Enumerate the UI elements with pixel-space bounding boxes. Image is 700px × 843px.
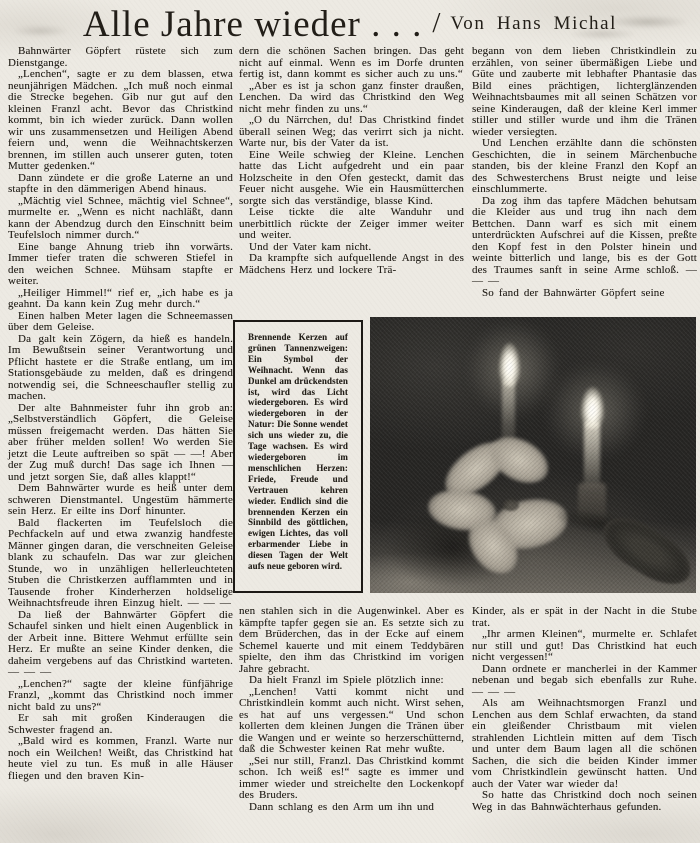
paragraph: Dann schlang es den Arm um ihn und	[239, 802, 464, 814]
paragraph: Bahnwärter Göpfert rüstete sich zum Dien…	[8, 46, 233, 69]
paragraph: Eine Weile schwieg der Kleine. Lenchen h…	[239, 150, 464, 208]
paragraph: begann von dem lieben Christkindlein zu …	[472, 46, 697, 138]
paragraph: „Ihr armen Kleinen“, murmelte er. Schlaf…	[472, 629, 697, 664]
text-column-2-below-figure: nen stahlen sich in die Augenwinkel. Abe…	[239, 606, 464, 813]
paragraph: nen stahlen sich in die Augenwinkel. Abe…	[239, 606, 464, 675]
photo-caption-box: Brennende Kerzen auf grünen Tannenzweige…	[233, 320, 363, 593]
paragraph: So hatte das Christkind doch noch seinen…	[472, 790, 697, 813]
text-column-1: Bahnwärter Göpfert rüstete sich zum Dien…	[8, 46, 233, 843]
paragraph: Und Lenchen erzählte dann die schönsten …	[472, 138, 697, 196]
paragraph: Kinder, als er spät in der Nacht in die …	[472, 606, 697, 629]
paragraph: Als am Weihnachtsmorgen Franzl und Lench…	[472, 698, 697, 790]
text-column-3-above-figure: begann von dem lieben Christkindlein zu …	[472, 46, 697, 299]
paragraph: Der alte Bahnmeister fuhr ihn grob an: „…	[8, 403, 233, 484]
paragraph: Dann ordnete er mancherlei in der Kammer…	[472, 664, 697, 699]
paragraph: „Lenchen“, sagte er zu dem blassen, etwa…	[8, 69, 233, 173]
paragraph: „Aber es ist ja schon ganz finster drauß…	[239, 81, 464, 116]
paragraph: „Sei nur still, Franzl. Das Christkind k…	[239, 756, 464, 802]
paragraph: Bald flackerten im Teufelsloch die Pechf…	[8, 518, 233, 610]
paragraph: Eine bange Ahnung trieb ihn vorwärts. Im…	[8, 242, 233, 288]
paragraph: „Mächtig viel Schnee, mächtig viel Schne…	[8, 196, 233, 242]
paragraph: Einen halben Meter lagen die Schneemasse…	[8, 311, 233, 334]
photo-grain-overlay	[370, 317, 696, 593]
article-title: Alle Jahre wieder . . .	[83, 3, 422, 46]
paragraph: Leise tickte die alte Wanduhr und unerbi…	[239, 207, 464, 242]
title-separator: /	[432, 7, 440, 40]
article-headline: Alle Jahre wieder . . . / Von Hans Micha…	[0, 2, 700, 46]
paragraph: Da zog ihm das tapfere Mädchen behutsam …	[472, 196, 697, 288]
paragraph: „Bald wird es kommen, Franzl. Warte nur …	[8, 736, 233, 782]
paragraph: „Lenchen?“ sagte der kleine fünfjährige …	[8, 679, 233, 714]
article-byline: Von Hans Michal	[450, 13, 617, 35]
paragraph: Da galt kein Zögern, da hieß es handeln.…	[8, 334, 233, 403]
paragraph: So fand der Bahnwärter Göpfert seine	[472, 288, 697, 300]
paragraph: Dann zündete er die große Laterne an und…	[8, 173, 233, 196]
paragraph: Da hielt Franzl im Spiele plötzlich inne…	[239, 675, 464, 687]
paragraph: Da krampfte sich aufquellende Angst in d…	[239, 253, 464, 276]
paragraph: „O du Närrchen, du! Das Christkind finde…	[239, 115, 464, 150]
text-column-2-above-figure: dern die schönen Sachen bringen. Das geh…	[239, 46, 464, 276]
text-column-3-below-figure: Kinder, als er spät in der Nacht in die …	[472, 606, 697, 813]
paragraph: Er sah mit großen Kinderaugen die Schwes…	[8, 713, 233, 736]
paragraph: dern die schönen Sachen bringen. Das geh…	[239, 46, 464, 81]
paragraph: Da ließ der Bahnwärter Göpfert die Schau…	[8, 610, 233, 679]
paragraph: „Heiliger Himmel!“ rief er, „ich habe es…	[8, 288, 233, 311]
photo-caption: Brennende Kerzen auf grünen Tannenzweige…	[248, 332, 348, 572]
paragraph: Dem Bahnwärter wurde es heiß unter dem s…	[8, 483, 233, 518]
burning-candles-photo	[370, 317, 696, 593]
newspaper-article-page: Alle Jahre wieder . . . / Von Hans Micha…	[0, 0, 700, 843]
paragraph: „Lenchen! Vatti kommt nicht und Christki…	[239, 687, 464, 756]
